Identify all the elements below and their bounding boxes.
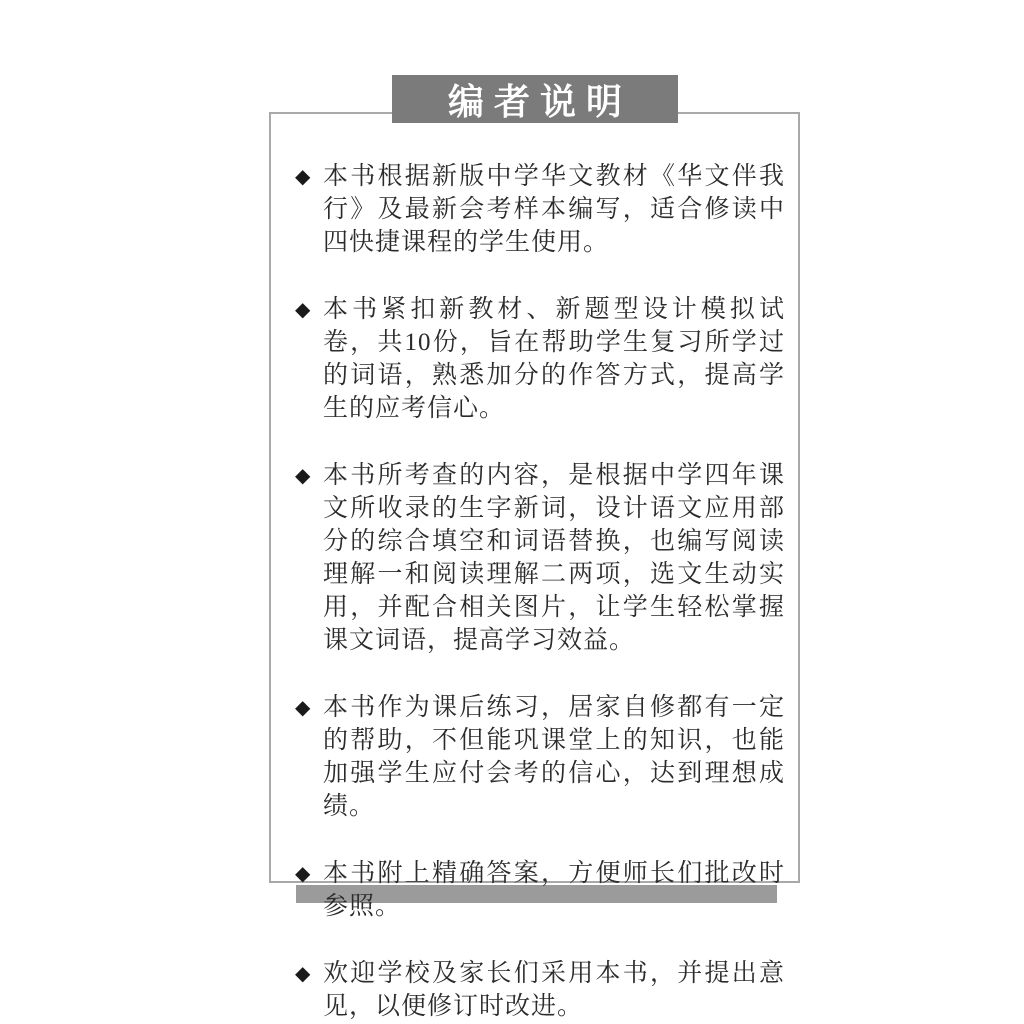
title-banner: 编者说明 (392, 75, 678, 123)
content-box: ◆ 本书根据新版中学华文教材《华文伴我行》及最新会考样本编写，适合修读中四快捷课… (269, 112, 800, 883)
bullet-text: 本书根据新版中学华文教材《华文伴我行》及最新会考样本编写，适合修读中四快捷课程的… (323, 160, 785, 259)
bullet-item: ◆ 欢迎学校及家长们采用本书，并提出意见，以便修订时改进。 (295, 957, 785, 1023)
bullet-item: ◆ 本书所考查的内容，是根据中学四年课文所收录的生字新词，设计语文应用部分的综合… (295, 459, 785, 657)
bullet-item: ◆ 本书作为课后练习，居家自修都有一定的帮助，不但能巩课堂上的知识，也能加强学生… (295, 691, 785, 823)
bullet-item: ◆ 本书附上精确答案，方便师长们批改时参照。 (295, 857, 785, 923)
bullet-text: 欢迎学校及家长们采用本书，并提出意见，以便修订时改进。 (323, 957, 785, 1023)
page-title: 编者说明 (438, 74, 632, 125)
bullet-item: ◆ 本书根据新版中学华文教材《华文伴我行》及最新会考样本编写，适合修读中四快捷课… (295, 160, 785, 259)
diamond-bullet-icon: ◆ (295, 293, 323, 326)
diamond-bullet-icon: ◆ (295, 459, 323, 492)
diamond-bullet-icon: ◆ (295, 160, 323, 193)
bullet-text: 本书所考查的内容，是根据中学四年课文所收录的生字新词，设计语文应用部分的综合填空… (323, 459, 785, 657)
bullet-text: 本书紧扣新教材、新题型设计模拟试卷，共10份，旨在帮助学生复习所学过的词语，熟悉… (323, 293, 785, 425)
bullet-list: ◆ 本书根据新版中学华文教材《华文伴我行》及最新会考样本编写，适合修读中四快捷课… (271, 114, 798, 1023)
diamond-bullet-icon: ◆ (295, 691, 323, 724)
bullet-text: 本书作为课后练习，居家自修都有一定的帮助，不但能巩课堂上的知识，也能加强学生应付… (323, 691, 785, 823)
diamond-bullet-icon: ◆ (295, 957, 323, 990)
diamond-bullet-icon: ◆ (295, 857, 323, 890)
scanned-book-page: 编者说明 ◆ 本书根据新版中学华文教材《华文伴我行》及最新会考样本编写，适合修读… (0, 0, 1024, 1024)
bullet-item: ◆ 本书紧扣新教材、新题型设计模拟试卷，共10份，旨在帮助学生复习所学过的词语，… (295, 293, 785, 425)
bullet-text: 本书附上精确答案，方便师长们批改时参照。 (323, 857, 785, 923)
